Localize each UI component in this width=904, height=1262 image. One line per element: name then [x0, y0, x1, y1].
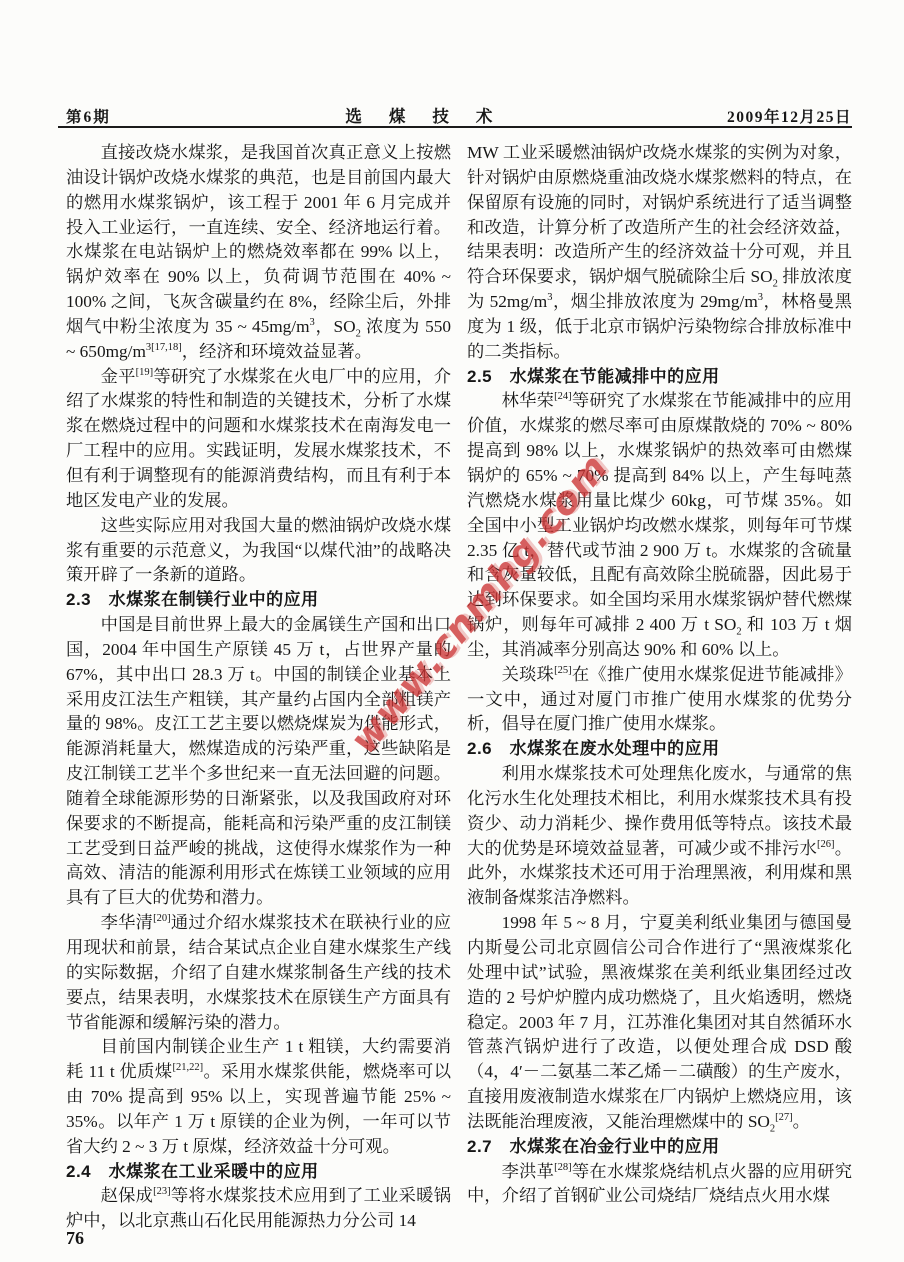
publication-date: 2009年12月25日 [727, 105, 852, 127]
reference-superscript: [23] [153, 1187, 171, 1198]
text-run: MW 工业采暖燃油锅炉改烧水煤浆的实例为对象，针对锅炉由原燃烧重油改烧水煤浆燃料… [467, 143, 852, 286]
text-run: 林华荣 [502, 391, 555, 410]
section-heading: 2.6 水煤浆在废水处理中的应用 [467, 737, 852, 762]
paragraph: MW 工业采暖燃油锅炉改烧水煤浆的实例为对象，针对锅炉由原燃烧重油改烧水煤浆燃料… [467, 141, 852, 365]
paragraph: 金平[19]等研究了水煤浆在火电厂中的应用，介绍了水煤浆的特性和制造的关键技术，… [66, 365, 451, 514]
text-run: 关琰珠 [502, 665, 555, 684]
text-run: 中国是目前世界上最大的金属镁生产国和出口国，2004 年中国生产原镁 45 万 … [66, 615, 451, 907]
text-run: ，经济和环境效益显著。 [182, 342, 372, 361]
article-body: 直接改烧水煤浆，是我国首次真正意义上按燃油设计锅炉改烧水煤浆的典范，也是目前国内… [66, 141, 852, 1234]
section-heading: 2.3 水煤浆在制镁行业中的应用 [66, 588, 451, 613]
text-run: 。 [793, 1112, 810, 1131]
text-run: 金平 [101, 367, 136, 386]
paragraph: 李洪革[28]等在水煤浆烧结机点火器的应用研究中，介绍了首钢矿业公司烧结厂烧结点… [467, 1160, 852, 1210]
reference-superscript: [21,22] [173, 1062, 204, 1073]
section-heading: 2.7 水煤浆在冶金行业中的应用 [467, 1135, 852, 1160]
text-run: 利用水煤浆技术可处理焦化废水，与通常的焦化污水生化处理技术相比，利用水煤浆技术具… [467, 764, 852, 858]
section-heading: 2.4 水煤浆在工业采暖中的应用 [66, 1160, 451, 1185]
text-run: 赵保成 [101, 1186, 154, 1205]
paragraph: 赵保成[23]等将水煤浆技术应用到了工业采暖锅炉中，以北京燕山石化民用能源热力分… [66, 1184, 451, 1234]
reference-superscript: [20] [153, 913, 171, 924]
text-run: 等研究了水煤浆在火电厂中的应用，介绍了水煤浆的特性和制造的关键技术，分析了水煤浆… [66, 367, 451, 510]
text-run: 1998 年 5 ~ 8 月，宁夏美利纸业集团与德国曼内斯曼公司北京圆信公司合作… [467, 913, 852, 1131]
reference-superscript: [28] [554, 1162, 572, 1173]
paragraph: 李华清[20]通过介绍水煤浆技术在联袂行业的应用现状和前景，结合某试点企业自建水… [66, 911, 451, 1035]
text-run: 2.3 水煤浆在制镁行业中的应用 [66, 590, 319, 609]
reference-superscript: [27] [775, 1112, 793, 1123]
paragraph: 利用水煤浆技术可处理焦化废水，与通常的焦化污水生化处理技术相比，利用水煤浆技术具… [467, 762, 852, 911]
paragraph: 这些实际应用对我国大量的燃油锅炉改烧水煤浆有重要的示范意义，为我国“以煤代油”的… [66, 514, 451, 589]
section-heading: 2.5 水煤浆在节能减排中的应用 [467, 365, 852, 390]
reference-superscript: 3[17,18] [146, 342, 182, 353]
journal-title: 选煤技术 [345, 103, 519, 127]
paragraph: 目前国内制镁企业生产 1 t 粗镁，大约需要消耗 11 t 优质煤[21,22]… [66, 1035, 451, 1159]
reference-superscript: [26] [817, 839, 835, 850]
scanned-paper-page: 第6期 选煤技术 2009年12月25日 直接改烧水煤浆，是我国首次真正意义上按… [0, 0, 904, 1262]
paragraph: 关琰珠[25]在《推广使用水煤浆促进节能减排》一文中，通过对厦门市推广使用水煤浆… [467, 663, 852, 738]
chemical-subscript: 2 [770, 1123, 775, 1134]
paragraph: 1998 年 5 ~ 8 月，宁夏美利纸业集团与德国曼内斯曼公司北京圆信公司合作… [467, 911, 852, 1135]
reference-superscript: [24] [554, 392, 572, 403]
header-rule [58, 126, 852, 128]
reference-superscript: [19] [136, 367, 154, 378]
reference-superscript: [25] [554, 665, 572, 676]
paragraph: 直接改烧水煤浆，是我国首次真正意义上按燃油设计锅炉改烧水煤浆的典范，也是目前国内… [66, 141, 451, 365]
text-run: 2.6 水煤浆在废水处理中的应用 [467, 739, 720, 758]
paragraph: 中国是目前世界上最大的金属镁生产国和出口国，2004 年中国生产原镁 45 万 … [66, 613, 451, 911]
text-run: 李洪革 [502, 1162, 555, 1181]
paragraph: 林华荣[24]等研究了水煤浆在节能减排中的应用价值，水煤浆的燃尽率可由原煤散烧的… [467, 389, 852, 662]
text-run: 2.4 水煤浆在工业采暖中的应用 [66, 1162, 319, 1181]
text-run: 李华清 [101, 913, 154, 932]
left-column: 直接改烧水煤浆，是我国首次真正意义上按燃油设计锅炉改烧水煤浆的典范，也是目前国内… [66, 141, 451, 1234]
right-column: MW 工业采暖燃油锅炉改烧水煤浆的实例为对象，针对锅炉由原燃烧重油改烧水煤浆燃料… [467, 141, 852, 1234]
text-run: 等研究了水煤浆在节能减排中的应用价值，水煤浆的燃尽率可由原煤散烧的 70% ~ … [467, 391, 852, 634]
text-run: 这些实际应用对我国大量的燃油锅炉改烧水煤浆有重要的示范意义，为我国“以煤代油”的… [66, 516, 451, 585]
text-run: ，SO [315, 317, 356, 336]
page-number: 76 [66, 1228, 84, 1249]
issue-number: 第6期 [66, 105, 111, 127]
text-run: ，烟尘排放浓度为 29mg/m [552, 292, 757, 311]
text-run: 直接改烧水煤浆，是我国首次真正意义上按燃油设计锅炉改烧水煤浆的典范，也是目前国内… [66, 143, 451, 336]
page-header: 第6期 选煤技术 2009年12月25日 [66, 103, 852, 127]
text-run: 2.7 水煤浆在冶金行业中的应用 [467, 1137, 720, 1156]
text-run: 2.5 水煤浆在节能减排中的应用 [467, 367, 720, 386]
